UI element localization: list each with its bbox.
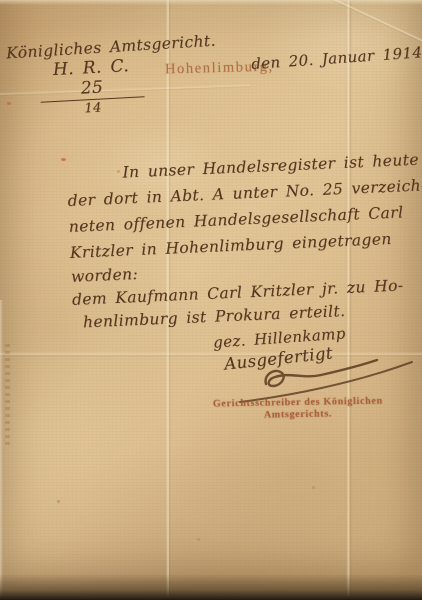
spine-marking [5,344,10,446]
court-clerk-stamp: Gerichtsschreiber des Königlichen Amtsge… [208,395,388,422]
file-number: H. R. C. 25 [39,55,145,102]
paper-edge-left [0,300,3,600]
paper-edge-top [0,0,422,5]
red-ink-speck [7,102,11,105]
handwritten-date: den 20. Januar 1914. [251,43,422,73]
paper-edge-bottom-shadow [0,574,422,600]
fold-crease-horizontal [0,352,422,357]
foxing-specks [57,500,60,503]
red-ink-speck [61,158,66,161]
body-text: In unser Handelsregister ist heute bei d… [66,147,422,335]
file-reference: H. R. C. 25 14 [39,55,146,118]
document-page: Königliches Amtsgericht. H. R. C. 25 14 … [0,0,422,600]
